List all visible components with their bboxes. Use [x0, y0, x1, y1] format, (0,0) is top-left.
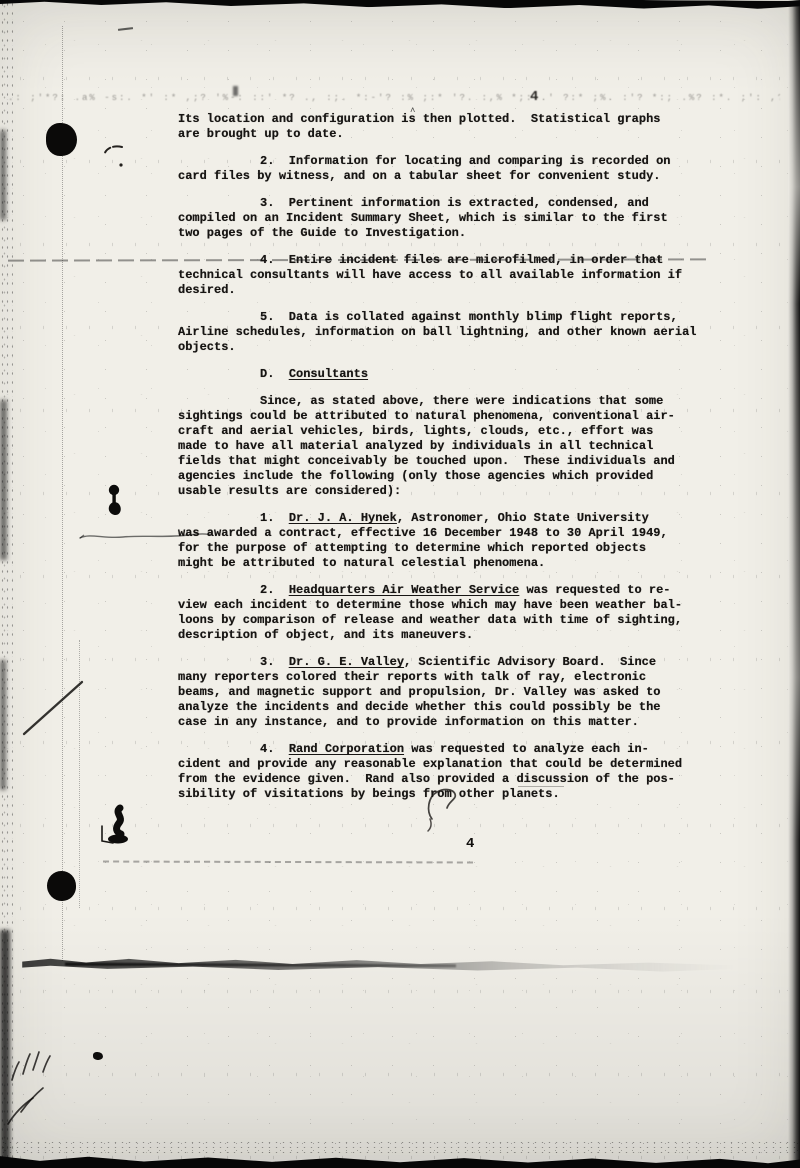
paragraph-consultant-1-hynek: 1. Dr. J. A. Hynek, Astronomer, Ohio Sta…	[178, 511, 718, 571]
stray-ink-blob	[93, 1052, 103, 1060]
hole-punch-mark-top	[46, 123, 77, 156]
text-line: Its location and configuration is then p…	[178, 112, 718, 127]
text-line: 3. Pertinent information is extracted, c…	[178, 196, 718, 211]
paragraph-item-3: 3. Pertinent information is extracted, c…	[178, 196, 718, 241]
text-line: for the purpose of attempting to determi…	[178, 541, 718, 556]
pen-mark-c-shape	[98, 143, 128, 171]
text-line: made to have all material analyzed by in…	[178, 439, 718, 454]
text-line: many reporters colored their reports wit…	[178, 670, 718, 685]
text-line: 4. Rand Corporation was requested to ana…	[178, 742, 718, 757]
smudge-band	[22, 957, 734, 972]
vertical-crease-line	[62, 26, 63, 961]
text-line: craft and aerial vehicles, birds, lights…	[178, 424, 718, 439]
page-number: 4	[466, 836, 474, 852]
text-line: Since, as stated above, there were indic…	[178, 394, 718, 409]
text-line: compiled on an Incident Summary Sheet, w…	[178, 211, 718, 226]
faint-pencil-line	[518, 786, 564, 787]
text-line: case in any instance, and to provide inf…	[178, 715, 718, 730]
text-line: card files by witness, and on a tabular …	[178, 169, 718, 184]
text-line: objects.	[178, 340, 718, 355]
smudged-page-number-top: 4	[530, 89, 538, 105]
text-line: 2. Information for locating and comparin…	[178, 154, 718, 169]
text-line: loons by comparison of release and weath…	[178, 613, 718, 628]
text-line: usable results are considered):	[178, 484, 718, 499]
pen-scribble-doodle	[418, 783, 464, 837]
ink-blot-lower	[96, 802, 136, 854]
text-line: might be attributed to natural celestial…	[178, 556, 718, 571]
caret-pen-tick: ˄	[410, 106, 415, 116]
diagonal-pen-stroke	[18, 676, 88, 740]
typewritten-text-column: Its location and configuration is then p…	[178, 112, 718, 814]
ink-blot-upper	[104, 483, 126, 519]
text-line: analyze the incidents and decide whether…	[178, 700, 718, 715]
text-line: D. Consultants	[178, 367, 718, 382]
text-line: 2. Headquarters Air Weather Service was …	[178, 583, 718, 598]
paragraph-consultants-intro: Since, as stated above, there were indic…	[178, 394, 718, 499]
paragraph-item-2: 2. Information for locating and comparin…	[178, 154, 718, 184]
text-line: 5. Data is collated against monthly blim…	[178, 310, 718, 325]
paragraph-consultant-2-weather-service: 2. Headquarters Air Weather Service was …	[178, 583, 718, 643]
paragraph-consultant-3-valley: 3. Dr. G. E. Valley, Scientific Advisory…	[178, 655, 718, 730]
section-heading-consultants: D. Consultants	[178, 367, 718, 382]
scan-edge-right	[788, 0, 800, 1168]
text-line: fields that might conceivably be touched…	[178, 454, 718, 469]
scan-edge-smudge	[0, 400, 7, 560]
stray-dash-mark	[118, 27, 133, 31]
text-line: description of object, and its maneuvers…	[178, 628, 718, 643]
scan-edge-smudge	[0, 930, 10, 1168]
text-line: cident and provide any reasonable explan…	[178, 757, 718, 772]
text-line: 1. Dr. J. A. Hynek, Astronomer, Ohio Sta…	[178, 511, 718, 526]
hole-punch-mark-bottom	[47, 871, 76, 901]
text-line: two pages of the Guide to Investigation.	[178, 226, 718, 241]
text-line: 3. Dr. G. E. Valley, Scientific Advisory…	[178, 655, 718, 670]
scan-edge-bottom-speckle	[0, 1140, 800, 1154]
scan-edge-smudge	[0, 660, 6, 790]
scan-edge-smudge	[0, 130, 6, 220]
scan-noise-text-row: .: ;'*?: .a% -s:. *' :* ,;? '%-: ::' *? …	[8, 93, 780, 108]
text-line: are brought up to date.	[178, 127, 718, 142]
text-line: Airline schedules, information on ball l…	[178, 325, 718, 340]
scan-edge-top	[0, 0, 800, 10]
faint-dashed-line	[103, 861, 473, 864]
text-line: technical consultants will have access t…	[178, 268, 718, 283]
text-line: desired.	[178, 283, 718, 298]
text-line: agencies include the following (only tho…	[178, 469, 718, 484]
text-line: sightings could be attributed to natural…	[178, 409, 718, 424]
text-line: was awarded a contract, effective 16 Dec…	[178, 526, 718, 541]
text-line: view each incident to determine those wh…	[178, 598, 718, 613]
squiggle-underline-arrow	[78, 529, 213, 543]
paragraph-item-5: 5. Data is collated against monthly blim…	[178, 310, 718, 355]
text-line: beams, and magnetic support and propulsi…	[178, 685, 718, 700]
paragraph-continuation: Its location and configuration is then p…	[178, 112, 718, 142]
scanned-document-page: .: ;'*?: .a% -s:. *' :* ,;? '%-: ::' *? …	[0, 0, 800, 1168]
